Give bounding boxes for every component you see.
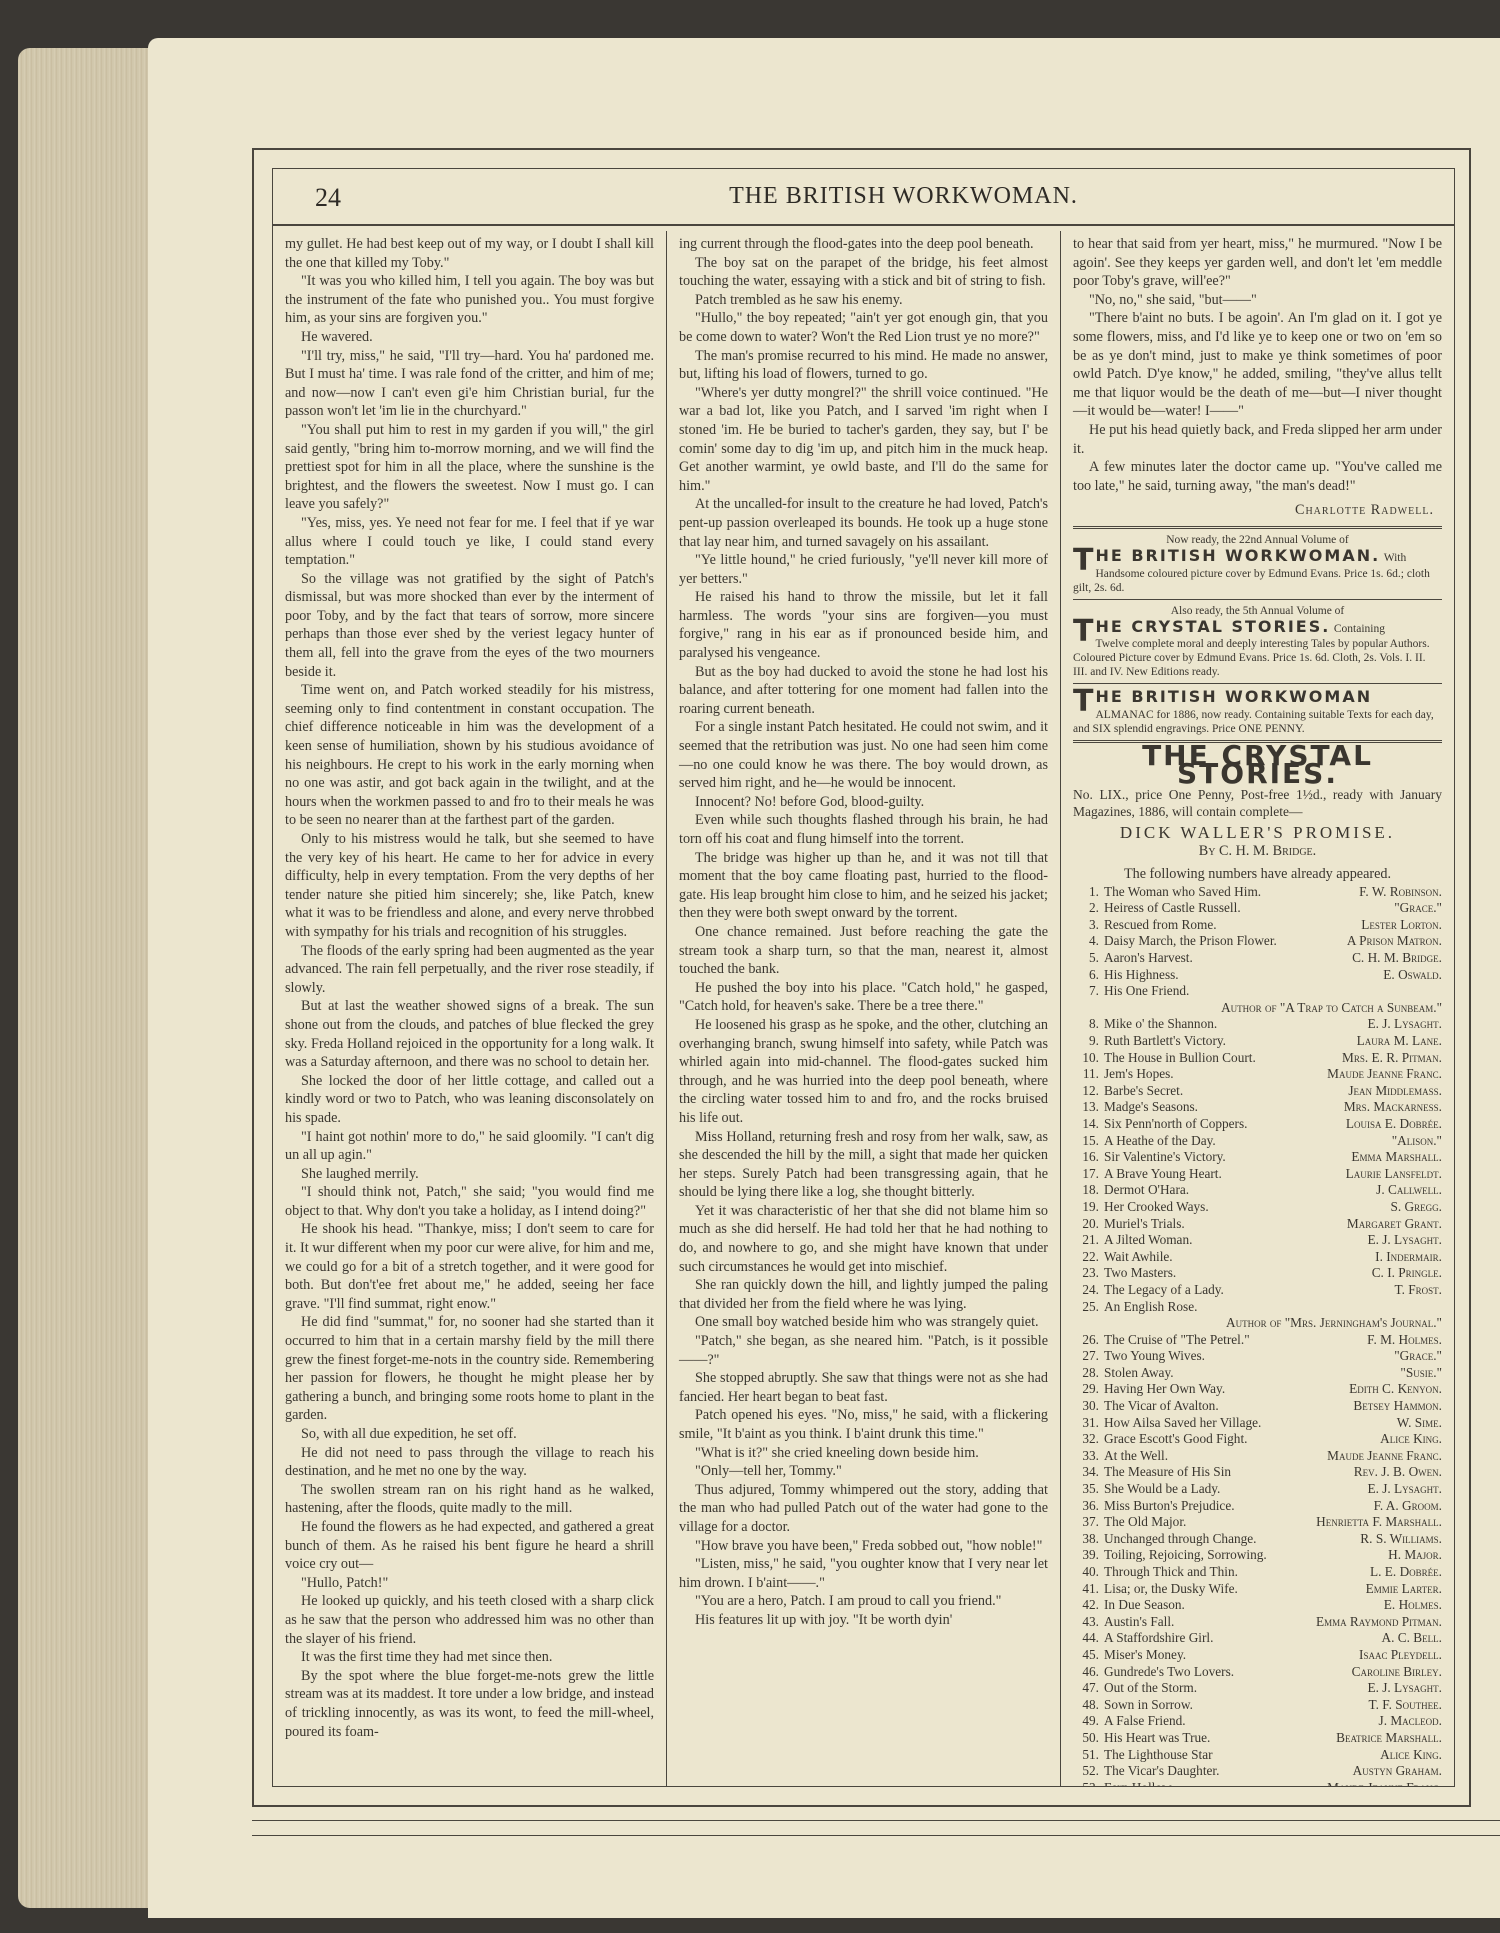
story-author: Alice King. (1380, 1431, 1442, 1448)
story-title: His Heart was True. (1104, 1730, 1336, 1747)
story-author: Emmie Larter. (1366, 1581, 1442, 1598)
story-list-item: 41.Lisa; or, the Dusky Wife.Emmie Larter… (1073, 1581, 1442, 1598)
story-paragraph: The bridge was higher up than he, and it… (679, 849, 1048, 923)
story-list-item: 44.A Staffordshire Girl.A. C. Bell. (1073, 1630, 1442, 1647)
story-author: Lester Lorton. (1361, 917, 1442, 934)
story-title: Wait Awhile. (1104, 1249, 1375, 1266)
story-title: The Vicar of Avalton. (1104, 1398, 1353, 1415)
story-title: She Would be a Lady. (1104, 1481, 1367, 1498)
story-list-item: 26.The Cruise of "The Petrel."F. M. Holm… (1073, 1332, 1442, 1349)
story-title: Gundrede's Two Lovers. (1104, 1664, 1352, 1681)
story-list-item: 14.Six Penn'north of Coppers.Louisa E. D… (1073, 1116, 1442, 1133)
story-paragraph: The boy sat on the parapet of the bridge… (679, 254, 1048, 291)
story-title: His Highness. (1104, 967, 1383, 984)
story-list-item: 3.Rescued from Rome.Lester Lorton. (1073, 917, 1442, 934)
story-paragraph: She ran quickly down the hill, and light… (679, 1276, 1048, 1313)
story-paragraph: "How brave you have been," Freda sobbed … (679, 1537, 1048, 1556)
story-paragraph: to hear that said from yer heart, miss,"… (1073, 235, 1442, 291)
story-author: F. W. Robinson. (1359, 884, 1442, 901)
bottom-double-rule (252, 1820, 1500, 1836)
story-number: 53. (1073, 1780, 1099, 1786)
story-title: The Cruise of "The Petrel." (1104, 1332, 1367, 1349)
story-paragraph: But at last the weather showed signs of … (285, 997, 654, 1071)
story-number: 7. (1073, 983, 1099, 1000)
story-list-item: 25.An English Rose. (1073, 1299, 1442, 1316)
story-paragraph: "There b'aint no buts. I be agoin'. An I… (1073, 309, 1442, 421)
story-title: A Staffordshire Girl. (1104, 1630, 1382, 1647)
story-number: 34. (1073, 1464, 1099, 1481)
story-list-item: 49.A False Friend.J. Macleod. (1073, 1713, 1442, 1730)
story-author: E. Holmes. (1384, 1597, 1442, 1614)
column-3: to hear that said from yer heart, miss,"… (1060, 231, 1454, 1786)
story-number: 5. (1073, 950, 1099, 967)
story-number: 38. (1073, 1531, 1099, 1548)
story-paragraph: He put his head quietly back, and Freda … (1073, 421, 1442, 458)
story-list-item: 27.Two Young Wives."Grace." (1073, 1348, 1442, 1365)
advert-annual-volume: Now ready, the 22nd Annual Volume of T H… (1073, 533, 1442, 595)
story-paragraph: She stopped abruptly. She saw that thing… (679, 1369, 1048, 1406)
story-author: C. H. M. Bridge. (1352, 950, 1442, 967)
story-title: Grace Escott's Good Fight. (1104, 1431, 1380, 1448)
story-author: Alice King. (1380, 1747, 1442, 1764)
story-paragraph: "Hullo," the boy repeated; "ain't yer go… (679, 309, 1048, 346)
story-author: H. Major. (1388, 1547, 1442, 1564)
story-list-item: 30.The Vicar of Avalton.Betsey Hammon. (1073, 1398, 1442, 1415)
story-number: 18. (1073, 1182, 1099, 1199)
story-list-item: 43.Austin's Fall.Emma Raymond Pitman. (1073, 1614, 1442, 1631)
drop-cap: T (1073, 618, 1093, 646)
story-number: 28. (1073, 1365, 1099, 1382)
page-inner-frame: 24 THE BRITISH WORKWOMAN. my gullet. He … (272, 168, 1455, 1787)
advert-body: Twelve complete moral and deeply interes… (1073, 637, 1442, 679)
story-paragraph: "Where's yer dutty mongrel?" the shrill … (679, 384, 1048, 496)
story-paragraph: "Ye little hound," he cried furiously, "… (679, 551, 1048, 588)
story-paragraph: "I haint got nothin' more to do," he sai… (285, 1128, 654, 1165)
story-number: 15. (1073, 1133, 1099, 1150)
story-number: 20. (1073, 1216, 1099, 1233)
story-list-item: 31.How Ailsa Saved her Village.W. Sime. (1073, 1415, 1442, 1432)
story-list-item: 5.Aaron's Harvest.C. H. M. Bridge. (1073, 950, 1442, 967)
divider (1073, 683, 1442, 684)
story-list-item: 4.Daisy March, the Prison Flower.A Priso… (1073, 933, 1442, 950)
story-title: His One Friend. (1104, 983, 1442, 1000)
story-number: 36. (1073, 1498, 1099, 1515)
story-list-item: 40.Through Thick and Thin.L. E. Dobrée. (1073, 1564, 1442, 1581)
story-title: Out of the Storm. (1104, 1680, 1367, 1697)
advert-title: HE BRITISH WORKWOMAN. (1095, 546, 1380, 565)
story-title: How Ailsa Saved her Village. (1104, 1415, 1397, 1432)
drop-cap: T (1073, 547, 1093, 575)
story-title: Two Masters. (1104, 1265, 1372, 1282)
story-paragraph: Miss Holland, returning fresh and rosy f… (679, 1128, 1048, 1202)
story-number: 21. (1073, 1232, 1099, 1249)
story-list-item: 18.Dermot O'Hara.J. Callwell. (1073, 1182, 1442, 1199)
story-number: 6. (1073, 967, 1099, 984)
page-header: 24 THE BRITISH WORKWOMAN. (273, 169, 1454, 226)
page-outer-frame: 24 THE BRITISH WORKWOMAN. my gullet. He … (252, 148, 1471, 1807)
story-author: Austyn Graham. (1353, 1763, 1442, 1780)
story-paragraph: The swollen stream ran on his right hand… (285, 1481, 654, 1518)
story-paragraph: He looked up quickly, and his teeth clos… (285, 1592, 654, 1648)
story-title: The Woman who Saved Him. (1104, 884, 1359, 901)
story-number: 41. (1073, 1581, 1099, 1598)
story-paragraph: "Yes, miss, yes. Ye need not fear for me… (285, 514, 654, 570)
story-number: 9. (1073, 1033, 1099, 1050)
story-number: 4. (1073, 933, 1099, 950)
story-number: 35. (1073, 1481, 1099, 1498)
advert-body: ALMANAC for 1886, now ready. Containing … (1073, 708, 1442, 736)
story-list-item: 7.His One Friend. (1073, 983, 1442, 1000)
story-title: Miss Burton's Prejudice. (1104, 1498, 1374, 1515)
story-number: 17. (1073, 1166, 1099, 1183)
masthead-title: THE BRITISH WORKWOMAN. (273, 183, 1454, 210)
story-list: 1.The Woman who Saved Him.F. W. Robinson… (1073, 884, 1442, 1786)
story-paragraph: He shook his head. "Thankye, miss; I don… (285, 1220, 654, 1313)
story-list-item: 51.The Lighthouse StarAlice King. (1073, 1747, 1442, 1764)
story-title: Barbe's Secret. (1104, 1083, 1348, 1100)
story-number: 14. (1073, 1116, 1099, 1133)
story-paragraph: "Hullo, Patch!" (285, 1574, 654, 1593)
story-paragraph: "I'll try, miss," he said, "I'll try—har… (285, 347, 654, 421)
story-title: Unchanged through Change. (1104, 1531, 1360, 1548)
story-title: The Lighthouse Star (1104, 1747, 1380, 1764)
story-title: Muriel's Trials. (1104, 1216, 1347, 1233)
story-author-attribution: Author of "Mrs. Jerningham's Journal." (1073, 1315, 1442, 1332)
story-list-item: 34.The Measure of His SinRev. J. B. Owen… (1073, 1464, 1442, 1481)
story-author: Rev. J. B. Owen. (1354, 1464, 1442, 1481)
story-paragraph: "You are a hero, Patch. I am proud to ca… (679, 1592, 1048, 1611)
story-author: E. Oswald. (1383, 967, 1442, 984)
story-title: Rescued from Rome. (1104, 917, 1361, 934)
story-number: 42. (1073, 1597, 1099, 1614)
story-list-item: 19.Her Crooked Ways.S. Gregg. (1073, 1199, 1442, 1216)
story-number: 40. (1073, 1564, 1099, 1581)
story-list-item: 32.Grace Escott's Good Fight.Alice King. (1073, 1431, 1442, 1448)
story-paragraph: The man's promise recurred to his mind. … (679, 347, 1048, 384)
story-author: C. I. Pringle. (1372, 1265, 1442, 1282)
story-number: 48. (1073, 1697, 1099, 1714)
story-list-item: 11.Jem's Hopes.Maude Jeanne Franc. (1073, 1066, 1442, 1083)
story-list-item: 45.Miser's Money.Isaac Pleydell. (1073, 1647, 1442, 1664)
divider (1073, 526, 1442, 529)
story-paragraph: He did not need to pass through the vill… (285, 1444, 654, 1481)
story-author: "Alison." (1392, 1133, 1442, 1150)
story-list-item: 17.A Brave Young Heart.Laurie Lansfeldt. (1073, 1166, 1442, 1183)
story-title: Having Her Own Way. (1104, 1381, 1349, 1398)
story-list-item: 23.Two Masters.C. I. Pringle. (1073, 1265, 1442, 1282)
story-list-item: 20.Muriel's Trials.Margaret Grant. (1073, 1216, 1442, 1233)
story-paragraph: But as the boy had ducked to avoid the s… (679, 663, 1048, 719)
story-title: The Vicar's Daughter. (1104, 1763, 1353, 1780)
story-list-item: 2.Heiress of Castle Russell."Grace." (1073, 900, 1442, 917)
advert-crystal-volume: Also ready, the 5th Annual Volume of T H… (1073, 604, 1442, 680)
story-author-attribution: Author of "A Trap to Catch a Sunbeam." (1073, 1000, 1442, 1017)
story-number: 16. (1073, 1149, 1099, 1166)
story-number: 22. (1073, 1249, 1099, 1266)
advert-title-suffix: Containing (1334, 623, 1385, 635)
story-paragraph: She laughed merrily. (285, 1165, 654, 1184)
story-title: An English Rose. (1104, 1299, 1442, 1316)
story-title: Two Young Wives. (1104, 1348, 1394, 1365)
story-number: 49. (1073, 1713, 1099, 1730)
story-author: J. Callwell. (1376, 1182, 1442, 1199)
story-list-item: 29.Having Her Own Way.Edith C. Kenyon. (1073, 1381, 1442, 1398)
story-paragraph: For a single instant Patch hesitated. He… (679, 718, 1048, 792)
story-number: 31. (1073, 1415, 1099, 1432)
story-number: 32. (1073, 1431, 1099, 1448)
story-list-item: 15.A Heathe of the Day."Alison." (1073, 1133, 1442, 1150)
story-author: Mrs. E. R. Pitman. (1342, 1050, 1442, 1067)
story-list-item: 48.Sown in Sorrow.T. F. Southee. (1073, 1697, 1442, 1714)
story-number: 45. (1073, 1647, 1099, 1664)
story-author: Mrs. Mackarness. (1344, 1099, 1442, 1116)
story-paragraph: "I should think not, Patch," she said; "… (285, 1183, 654, 1220)
story-paragraph: "Listen, miss," he said, "you oughter kn… (679, 1555, 1048, 1592)
story-title: Daisy March, the Prison Flower. (1104, 933, 1347, 950)
story-paragraph: Only to his mistress would he talk, but … (285, 830, 654, 942)
story-author: F. M. Holmes. (1367, 1332, 1442, 1349)
story-title: Miser's Money. (1104, 1647, 1359, 1664)
story-title: A False Friend. (1104, 1713, 1379, 1730)
story-list-item: 12.Barbe's Secret.Jean Middlemass. (1073, 1083, 1442, 1100)
column-1: my gullet. He had best keep out of my wa… (273, 231, 666, 1786)
story-paragraph: The floods of the early spring had been … (285, 942, 654, 998)
story-list-item: 13.Madge's Seasons.Mrs. Mackarness. (1073, 1099, 1442, 1116)
story-number: 50. (1073, 1730, 1099, 1747)
story-title: Her Crooked Ways. (1104, 1199, 1391, 1216)
story-title: Dermot O'Hara. (1104, 1182, 1376, 1199)
story-author: Margaret Grant. (1347, 1216, 1442, 1233)
advert-title: HE CRYSTAL STORIES. (1095, 617, 1330, 636)
story-author: F. A. Groom. (1374, 1498, 1442, 1515)
advert-title-suffix: With (1384, 552, 1407, 564)
advert-crystal-stories: THE CRYSTAL STORIES. No. LIX., price One… (1073, 747, 1442, 1786)
article-columns: my gullet. He had best keep out of my wa… (273, 231, 1454, 1786)
story-title: Through Thick and Thin. (1104, 1564, 1370, 1581)
story-list-item: 35.She Would be a Lady.E. J. Lysaght. (1073, 1481, 1442, 1498)
advert-almanac: T HE BRITISH WORKWOMAN ALMANAC for 1886,… (1073, 688, 1442, 736)
story-title: Jem's Hopes. (1104, 1066, 1327, 1083)
story-title: Toiling, Rejoicing, Sorrowing. (1104, 1547, 1388, 1564)
story-number: 11. (1073, 1066, 1099, 1083)
story-paragraph: Patch opened his eyes. "No, miss," he sa… (679, 1406, 1048, 1443)
story-title: Austin's Fall. (1104, 1614, 1316, 1631)
crystal-stories-intro: No. LIX., price One Penny, Post-free 1½d… (1073, 786, 1442, 820)
story-author: T. F. Southee. (1369, 1697, 1442, 1714)
story-paragraph: A few minutes later the doctor came up. … (1073, 458, 1442, 495)
advert-body: Handsome coloured picture cover by Edmun… (1073, 567, 1442, 595)
story-title: Lisa; or, the Dusky Wife. (1104, 1581, 1366, 1598)
story-author: Maude Jeanne Franc. (1327, 1780, 1442, 1786)
story-number: 1. (1073, 884, 1099, 901)
story-title: A Brave Young Heart. (1104, 1166, 1346, 1183)
story-title: Stolen Away. (1104, 1365, 1400, 1382)
story-list-item: 8.Mike o' the Shannon.E. J. Lysaght. (1073, 1016, 1442, 1033)
story-paragraph: She locked the door of her little cottag… (285, 1072, 654, 1128)
column-2: ing current through the flood-gates into… (666, 231, 1060, 1786)
list-heading: The following numbers have already appea… (1073, 865, 1442, 884)
story-author: "Grace." (1394, 1348, 1442, 1365)
story-paragraph: Patch trembled as he saw his enemy. (679, 291, 1048, 310)
story-paragraph: He wavered. (285, 328, 654, 347)
story-conclusion: to hear that said from yer heart, miss,"… (1073, 235, 1442, 495)
story-paragraph: So, with all due expedition, he set off. (285, 1425, 654, 1444)
advert-title: HE BRITISH WORKWOMAN (1095, 687, 1372, 706)
story-title: The Legacy of a Lady. (1104, 1282, 1394, 1299)
story-number: 33. (1073, 1448, 1099, 1465)
story-list-item: 24.The Legacy of a Lady.T. Frost. (1073, 1282, 1442, 1299)
story-title: Madge's Seasons. (1104, 1099, 1344, 1116)
featured-story-title: DICK WALLER'S PROMISE. (1073, 824, 1442, 843)
story-list-item: 16.Sir Valentine's Victory.Emma Marshall… (1073, 1149, 1442, 1166)
story-paragraph: Innocent? No! before God, blood-guilty. (679, 793, 1048, 812)
story-author: Maude Jeanne Franc. (1327, 1448, 1442, 1465)
crystal-stories-title: THE CRYSTAL STORIES. (1073, 747, 1442, 784)
story-author: Jean Middlemass. (1348, 1083, 1442, 1100)
story-title: A Heathe of the Day. (1104, 1133, 1392, 1150)
story-author: S. Gregg. (1391, 1199, 1442, 1216)
story-number: 46. (1073, 1664, 1099, 1681)
advert-lead-line: Also ready, the 5th Annual Volume of (1073, 604, 1442, 618)
story-title: Aaron's Harvest. (1104, 950, 1352, 967)
story-author: Beatrice Marshall. (1336, 1730, 1442, 1747)
story-list-item: 36.Miss Burton's Prejudice.F. A. Groom. (1073, 1498, 1442, 1515)
story-author: L. E. Dobrée. (1370, 1564, 1442, 1581)
story-list-item: 28.Stolen Away."Susie." (1073, 1365, 1442, 1382)
story-list-item: 21.A Jilted Woman.E. J. Lysaght. (1073, 1232, 1442, 1249)
story-number: 43. (1073, 1614, 1099, 1631)
story-paragraph: He did find "summat," for, no sooner had… (285, 1313, 654, 1425)
story-author: Henrietta F. Marshall. (1316, 1514, 1442, 1531)
story-title: Fern Hollow. (1104, 1780, 1327, 1786)
story-author: Caroline Birley. (1352, 1664, 1442, 1681)
story-number: 29. (1073, 1381, 1099, 1398)
story-title: Sown in Sorrow. (1104, 1697, 1369, 1714)
story-number: 27. (1073, 1348, 1099, 1365)
story-author: E. J. Lysaght. (1367, 1016, 1442, 1033)
story-list-item: 6.His Highness.E. Oswald. (1073, 967, 1442, 984)
story-list-item: 22.Wait Awhile.I. Indermair. (1073, 1249, 1442, 1266)
story-list-item: 47.Out of the Storm.E. J. Lysaght. (1073, 1680, 1442, 1697)
story-author: A. C. Bell. (1382, 1630, 1442, 1647)
story-title: In Due Season. (1104, 1597, 1384, 1614)
story-title: The Old Major. (1104, 1514, 1316, 1531)
story-author: Laura M. Lane. (1357, 1033, 1442, 1050)
story-author: Isaac Pleydell. (1359, 1647, 1442, 1664)
story-author: Emma Marshall. (1351, 1149, 1442, 1166)
story-author: T. Frost. (1394, 1282, 1442, 1299)
story-number: 47. (1073, 1680, 1099, 1697)
story-author: E. J. Lysaght. (1367, 1481, 1442, 1498)
story-title: Mike o' the Shannon. (1104, 1016, 1367, 1033)
story-number: 3. (1073, 917, 1099, 934)
story-number: 30. (1073, 1398, 1099, 1415)
story-author: W. Sime. (1397, 1415, 1442, 1432)
story-number: 10. (1073, 1050, 1099, 1067)
story-paragraph: my gullet. He had best keep out of my wa… (285, 235, 654, 272)
story-paragraph: He loosened his grasp as he spoke, and t… (679, 1016, 1048, 1128)
story-author: J. Macleod. (1379, 1713, 1442, 1730)
story-paragraph: "No, no," she said, "but——" (1073, 291, 1442, 310)
story-number: 26. (1073, 1332, 1099, 1349)
story-paragraph: "You shall put him to rest in my garden … (285, 421, 654, 514)
story-list-item: 1.The Woman who Saved Him.F. W. Robinson… (1073, 884, 1442, 901)
story-author: Emma Raymond Pitman. (1316, 1614, 1442, 1631)
story-author: A Prison Matron. (1347, 933, 1442, 950)
story-paragraph: He pushed the boy into his place. "Catch… (679, 979, 1048, 1016)
story-list-item: 52.The Vicar's Daughter.Austyn Graham. (1073, 1763, 1442, 1780)
story-paragraph: He raised his hand to throw the missile,… (679, 588, 1048, 662)
story-title: Sir Valentine's Victory. (1104, 1149, 1351, 1166)
story-author: E. J. Lysaght. (1367, 1680, 1442, 1697)
story-number: 37. (1073, 1514, 1099, 1531)
story-paragraph: "Patch," she began, as she neared him. "… (679, 1332, 1048, 1369)
story-list-item: 53.Fern Hollow.Maude Jeanne Franc. (1073, 1780, 1442, 1786)
story-paragraph: Yet it was characteristic of her that sh… (679, 1202, 1048, 1276)
story-paragraph: At the uncalled-for insult to the creatu… (679, 495, 1048, 551)
story-number: 2. (1073, 900, 1099, 917)
story-paragraph: He found the flowers as he had expected,… (285, 1518, 654, 1574)
story-paragraph: One chance remained. Just before reachin… (679, 923, 1048, 979)
story-number: 19. (1073, 1199, 1099, 1216)
story-number: 52. (1073, 1763, 1099, 1780)
story-author: E. J. Lysaght. (1367, 1232, 1442, 1249)
story-paragraph: It was the first time they had met since… (285, 1648, 654, 1667)
story-title: The Measure of His Sin (1104, 1464, 1354, 1481)
story-number: 25. (1073, 1299, 1099, 1316)
story-title: Ruth Bartlett's Victory. (1104, 1033, 1357, 1050)
story-author: Betsey Hammon. (1353, 1398, 1442, 1415)
story-list-item: 10.The House in Bullion Court.Mrs. E. R.… (1073, 1050, 1442, 1067)
story-title: Six Penn'north of Coppers. (1104, 1116, 1346, 1133)
story-title: The House in Bullion Court. (1104, 1050, 1342, 1067)
book-page-edges (18, 48, 168, 1908)
story-number: 13. (1073, 1099, 1099, 1116)
story-number: 23. (1073, 1265, 1099, 1282)
story-paragraph: Time went on, and Patch worked steadily … (285, 681, 654, 830)
story-list-item: 37.The Old Major.Henrietta F. Marshall. (1073, 1514, 1442, 1531)
author-signature: Charlotte Radwell. (1073, 501, 1434, 520)
story-list-item: 42.In Due Season.E. Holmes. (1073, 1597, 1442, 1614)
story-author: Maude Jeanne Franc. (1327, 1066, 1442, 1083)
story-paragraph: "What is it?" she cried kneeling down be… (679, 1444, 1048, 1463)
story-author: "Grace." (1394, 900, 1442, 917)
story-title: Heiress of Castle Russell. (1104, 900, 1394, 917)
story-author: R. S. Williams. (1360, 1531, 1442, 1548)
story-list-item: 33.At the Well.Maude Jeanne Franc. (1073, 1448, 1442, 1465)
story-number: 39. (1073, 1547, 1099, 1564)
divider (1073, 599, 1442, 600)
story-paragraph: ing current through the flood-gates into… (679, 235, 1048, 254)
story-paragraph: So the village was not gratified by the … (285, 570, 654, 682)
story-list-item: 9.Ruth Bartlett's Victory.Laura M. Lane. (1073, 1033, 1442, 1050)
story-author: Laurie Lansfeldt. (1346, 1166, 1442, 1183)
story-paragraph: Thus adjured, Tommy whimpered out the st… (679, 1481, 1048, 1537)
story-paragraph: By the spot where the blue forget-me-not… (285, 1667, 654, 1741)
story-paragraph: One small boy watched beside him who was… (679, 1313, 1048, 1332)
story-paragraph: "Only—tell her, Tommy." (679, 1462, 1048, 1481)
story-author: Louisa E. Dobrée. (1346, 1116, 1442, 1133)
story-number: 24. (1073, 1282, 1099, 1299)
story-paragraph: His features lit up with joy. "It be wor… (679, 1611, 1048, 1630)
story-list-item: 38.Unchanged through Change.R. S. Willia… (1073, 1531, 1442, 1548)
story-number: 12. (1073, 1083, 1099, 1100)
story-list-item: 39.Toiling, Rejoicing, Sorrowing.H. Majo… (1073, 1547, 1442, 1564)
story-paragraph: Even while such thoughts flashed through… (679, 811, 1048, 848)
story-title: At the Well. (1104, 1448, 1327, 1465)
drop-cap: T (1073, 688, 1093, 716)
story-author: Edith C. Kenyon. (1349, 1381, 1442, 1398)
